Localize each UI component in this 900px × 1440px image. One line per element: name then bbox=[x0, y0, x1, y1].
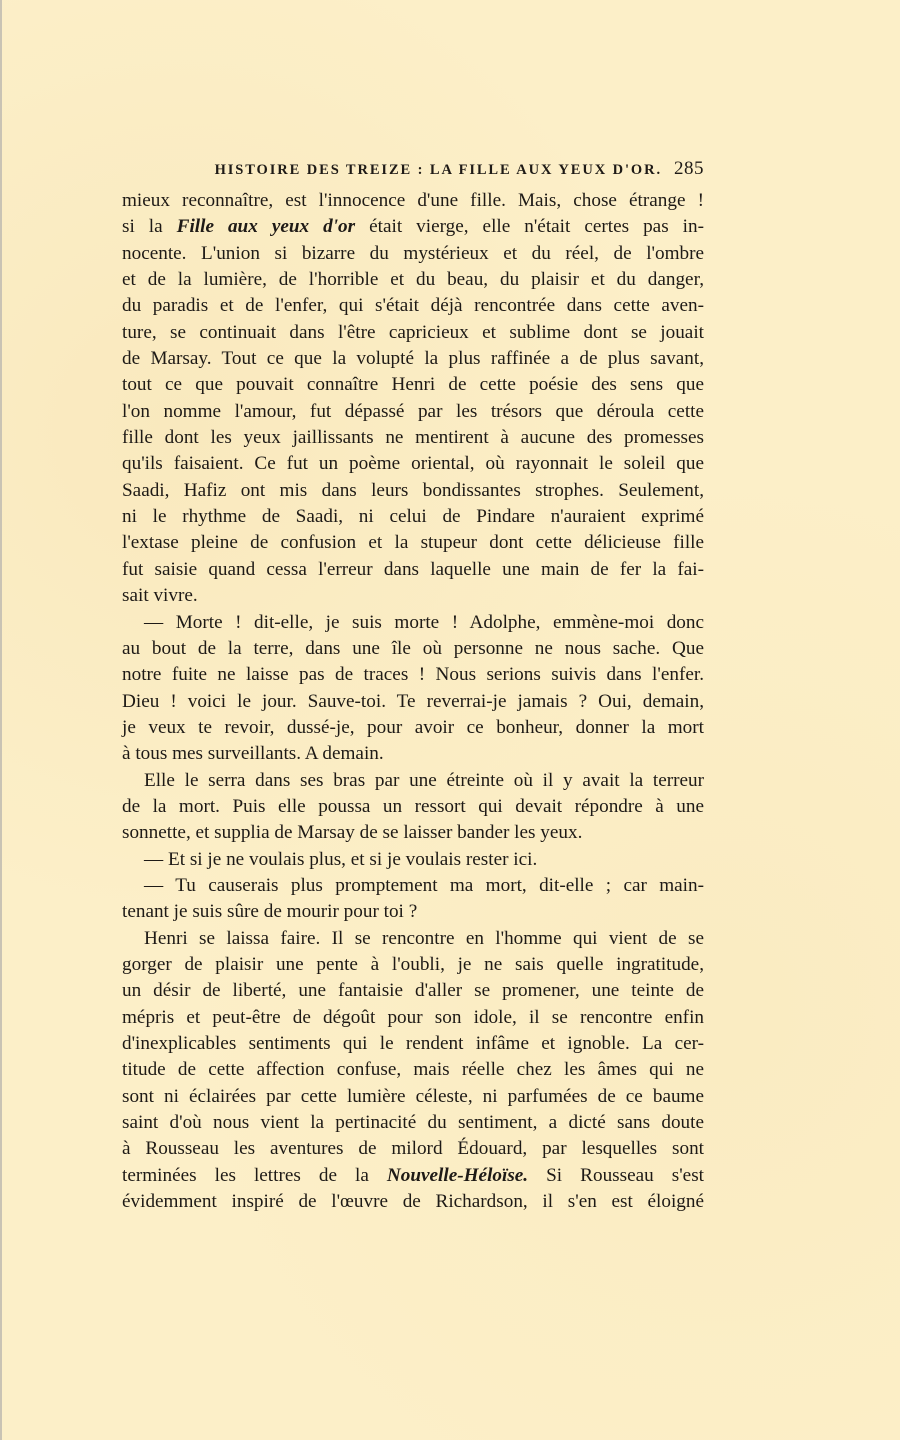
italic-title: Nouvelle-Héloïse. bbox=[387, 1165, 528, 1186]
text-line: je veux te revoir, dussé-je, pour avoir … bbox=[122, 715, 704, 741]
book-page: HISTOIRE DES TREIZE : LA FILLE AUX YEUX … bbox=[122, 158, 704, 1215]
text-line: sait vivre. bbox=[122, 583, 704, 609]
text-line: — Tu causerais plus promptement ma mort,… bbox=[122, 873, 704, 899]
text-line: mépris et peut-être de dégoût pour son i… bbox=[122, 1005, 704, 1031]
text-line: de Marsay. Tout ce que la volupté la plu… bbox=[122, 346, 704, 372]
italic-title: Fille aux yeux d'or bbox=[177, 216, 355, 237]
text-line: tout ce que pouvait connaître Henri de c… bbox=[122, 372, 704, 398]
text-line: évidemment inspiré de l'œuvre de Richard… bbox=[122, 1189, 704, 1215]
text-line: un désir de liberté, une fantaisie d'all… bbox=[122, 978, 704, 1004]
text-line: sont ni éclairées par cette lumière céle… bbox=[122, 1084, 704, 1110]
text-line: ni le rhythme de Saadi, ni celui de Pind… bbox=[122, 504, 704, 530]
text-line: d'inexplicables sentiments qui le renden… bbox=[122, 1031, 704, 1057]
text-line: l'extase pleine de confusion et la stupe… bbox=[122, 530, 704, 556]
text-line: l'on nomme l'amour, fut dépassé par les … bbox=[122, 399, 704, 425]
body-text: mieux reconnaître, est l'innocence d'une… bbox=[122, 188, 704, 1215]
text-line: du paradis et de l'enfer, qui s'était dé… bbox=[122, 293, 704, 319]
text-line: notre fuite ne laisse pas de traces ! No… bbox=[122, 662, 704, 688]
text-line: — Morte ! dit-elle, je suis morte ! Adol… bbox=[122, 610, 704, 636]
text-line: à Rousseau les aventures de milord Édoua… bbox=[122, 1136, 704, 1162]
text-segment: terminées les lettres de la bbox=[122, 1165, 387, 1186]
running-head: HISTOIRE DES TREIZE : LA FILLE AUX YEUX … bbox=[122, 158, 704, 188]
text-line: titude de cette affection confuse, mais … bbox=[122, 1057, 704, 1083]
text-line: terminées les lettres de la Nouvelle-Hél… bbox=[122, 1163, 704, 1189]
text-segment: était vierge, elle n'était certes pas in… bbox=[355, 216, 704, 237]
text-line: — Et si je ne voulais plus, et si je vou… bbox=[122, 847, 704, 873]
text-line: Saadi, Hafiz ont mis dans leurs bondissa… bbox=[122, 478, 704, 504]
text-line: au bout de la terre, dans une île où per… bbox=[122, 636, 704, 662]
text-line: qu'ils faisaient. Ce fut un poème orient… bbox=[122, 451, 704, 477]
text-segment: Si Rousseau s'est bbox=[528, 1165, 704, 1186]
text-line: tenant je suis sûre de mourir pour toi ? bbox=[122, 899, 704, 925]
text-line: si la Fille aux yeux d'or était vierge, … bbox=[122, 214, 704, 240]
text-line: fut saisie quand cessa l'erreur dans laq… bbox=[122, 557, 704, 583]
text-line: gorger de plaisir une pente à l'oubli, j… bbox=[122, 952, 704, 978]
text-line: Elle le serra dans ses bras par une étre… bbox=[122, 768, 704, 794]
text-line: Dieu ! voici le jour. Sauve-toi. Te reve… bbox=[122, 689, 704, 715]
text-line: de la mort. Puis elle poussa un ressort … bbox=[122, 794, 704, 820]
text-line: ture, se continuait dans l'être capricie… bbox=[122, 320, 704, 346]
page-number: 285 bbox=[674, 158, 704, 180]
scan-left-edge bbox=[0, 0, 2, 1440]
text-line: nocente. L'union si bizarre du mystérieu… bbox=[122, 241, 704, 267]
text-line: sonnette, et supplia de Marsay de se lai… bbox=[122, 820, 704, 846]
text-line: à tous mes surveillants. A demain. bbox=[122, 741, 704, 767]
running-head-title: HISTOIRE DES TREIZE : LA FILLE AUX YEUX … bbox=[215, 162, 662, 179]
text-segment: si la bbox=[122, 216, 177, 237]
text-line: mieux reconnaître, est l'innocence d'une… bbox=[122, 188, 704, 214]
text-line: saint d'où nous vient la pertinacité du … bbox=[122, 1110, 704, 1136]
text-line: fille dont les yeux jaillissants ne ment… bbox=[122, 425, 704, 451]
text-line: et de la lumière, de l'horrible et du be… bbox=[122, 267, 704, 293]
text-line: Henri se laissa faire. Il se rencontre e… bbox=[122, 926, 704, 952]
